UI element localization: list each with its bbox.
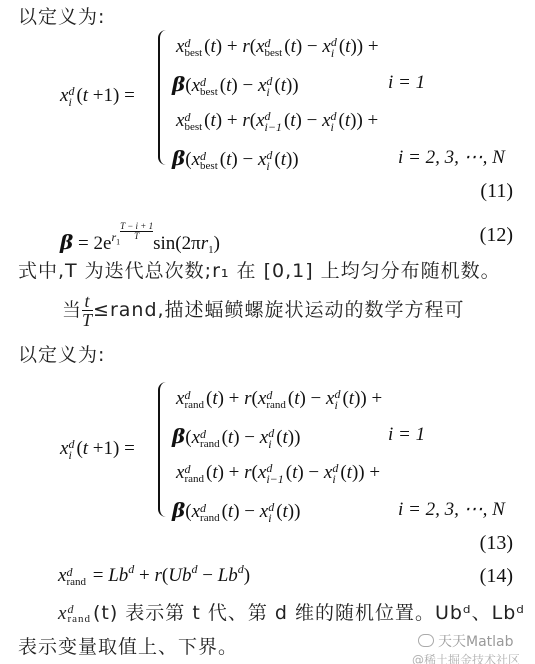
- eq13-case-4: β(xdrand(t) − xdi(t)): [172, 498, 300, 524]
- eq14-number: (14): [480, 565, 513, 588]
- watermark-brand: 天天Matlab: [418, 631, 520, 651]
- watermark: 天天Matlab @稀土掘金技术社区: [418, 631, 520, 664]
- left-brace-icon: [158, 382, 170, 517]
- eq12-body: β = 2er1T − i + 1Tsin(2πr1): [60, 222, 220, 256]
- intro-text-2: 以定义为:: [18, 340, 105, 367]
- eq13-lhs: xdi(t +1) =: [60, 438, 135, 461]
- eq11-lhs: xdi(t +1) =: [60, 85, 135, 108]
- watermark-source: @稀土掘金技术社区: [412, 651, 520, 664]
- eq11-case-3: xdbest(t) + r(xdi−1(t) − xdi(t)) +: [176, 110, 378, 133]
- left-brace-icon: [158, 30, 170, 165]
- eq13-case-1: xdrand(t) + r(xdrand(t) − xdi(t)) +: [176, 388, 382, 411]
- eq11-case-1: xdbest(t) + r(xdbest(t) − xdi(t)) +: [176, 36, 379, 59]
- beta-description: 式中,T 为迭代总次数;r₁ 在 [0,1] 上均匀分布随机数。: [18, 256, 501, 283]
- spiral-condition: 当tT≤rand,描述蝠鲼螺旋状运动的数学方程可: [62, 292, 465, 329]
- eq11-condition-2: i = 2, 3, ⋯, N: [398, 146, 505, 169]
- rand-description-line-2: 表示变量取值上、下界。: [18, 632, 238, 659]
- eq11-number: (11): [480, 180, 513, 203]
- eq11-condition-1: i = 1: [388, 72, 425, 94]
- wechat-icon: [418, 634, 434, 647]
- eq13-condition-2: i = 2, 3, ⋯, N: [398, 498, 505, 521]
- eq11-case-4: β(xdbest(t) − xdi(t)): [172, 146, 299, 172]
- rand-description-line-1: xdrand(t) 表示第 t 代、第 d 维的随机位置。Ubᵈ、Lbᵈ: [58, 598, 525, 625]
- eq14-body: xdrand = Lbd + r(Ubd − Lbd): [58, 562, 250, 588]
- eq12-number: (12): [480, 224, 513, 247]
- eq11-case-2: β(xdbest(t) − xdi(t)): [172, 72, 299, 98]
- eq13-case-2: β(xdrand(t) − xdi(t)): [172, 424, 300, 450]
- eq13-number: (13): [480, 532, 513, 555]
- intro-text-1: 以定义为:: [18, 2, 105, 29]
- eq13-case-3: xdrand(t) + r(xdi−1(t) − xdi(t)) +: [176, 462, 380, 485]
- eq13-condition-1: i = 1: [388, 424, 425, 446]
